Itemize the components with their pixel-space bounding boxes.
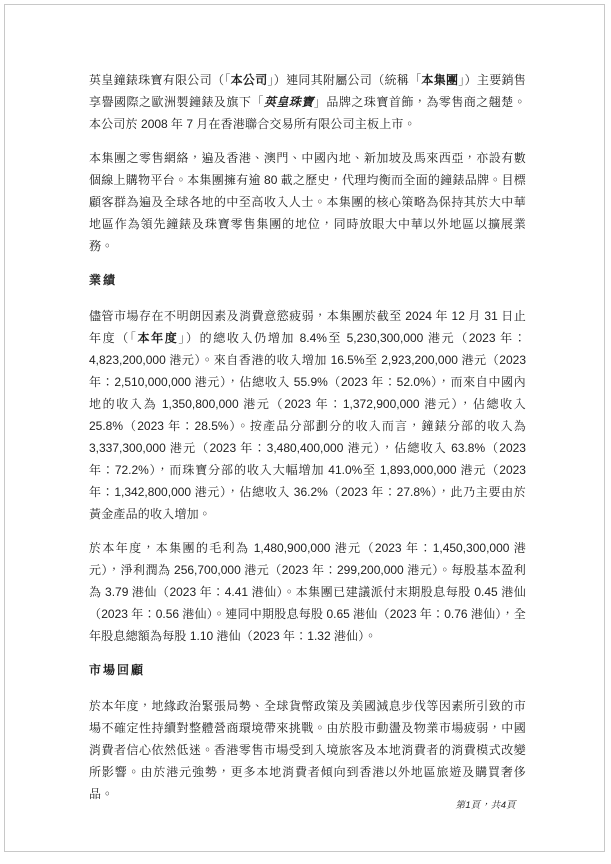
numeric-text: 4.41 [225, 585, 248, 599]
numeric-text: 2023 [169, 585, 196, 599]
numeric-text: 256,700,000 [174, 563, 241, 577]
numeric-text: 0.65 [326, 607, 349, 621]
document-body: 英皇鐘錶珠寶有限公司（「本公司」）連同其附屬公司（統稱「本集團」）主要銷售享譽國… [89, 69, 526, 817]
numeric-text: 3,480,400,000 [267, 441, 344, 455]
numeric-text: 1,450,300,000 [433, 541, 510, 555]
numeric-text: 2023 [375, 541, 402, 555]
numeric-text: 1,893,000,000 [380, 463, 457, 477]
numeric-text: 3,337,300,000 [89, 441, 166, 455]
numeric-text: 2023 [101, 607, 128, 621]
numeric-text: 2023 [390, 607, 417, 621]
numeric-text: 0.56 [156, 607, 179, 621]
numeric-text: 7 [186, 117, 193, 131]
numeric-text: 63.8% [451, 441, 485, 455]
numeric-text: 12 [452, 309, 465, 323]
emphasized-text: 本公司 [231, 73, 268, 87]
numeric-text: 2023 [341, 375, 368, 389]
body-text: 市場回顧 [89, 663, 145, 677]
numeric-text: 0.76 [444, 607, 467, 621]
numeric-text: 36.2% [294, 485, 328, 499]
numeric-text: 2023 [137, 419, 164, 433]
numeric-text: 2023 [499, 463, 526, 477]
numeric-text: 41.0% [328, 463, 362, 477]
paragraph: 於本年度，地緣政治緊張局勢、全球貨幣政策及美國減息步伐等因素所引致的市場不確定性… [89, 695, 526, 805]
numeric-text: 2,923,200,000 [381, 353, 458, 367]
numeric-text: 2024 [405, 309, 432, 323]
body-text: 本集團之零售網絡，遍及香港、澳門、中國內地、新加坡及馬來西亞，亦設有數個線上購物… [89, 151, 526, 253]
numeric-text: 52.0% [397, 375, 431, 389]
numeric-text: 55.9% [294, 375, 328, 389]
numeric-text: 2023 [284, 397, 311, 411]
numeric-text: 1.32 [307, 629, 330, 643]
emphasized-text: 英皇珠寶 [264, 95, 314, 109]
paragraph: 英皇鐘錶珠寶有限公司（「本公司」）連同其附屬公司（統稱「本集團」）主要銷售享譽國… [89, 69, 526, 135]
paragraph: 於本年度，本集團的毛利為 1,480,900,000 港元（2023 年：1,4… [89, 537, 526, 647]
numeric-text: 2023 [341, 485, 368, 499]
body-text: 英皇鐘錶珠寶有限公司（「 [89, 73, 231, 87]
numeric-text: 3.79 [105, 585, 128, 599]
numeric-text: 1,372,900,000 [343, 397, 420, 411]
page-footer: 第1頁，共4頁 [455, 797, 516, 811]
numeric-text: 2023 [282, 563, 309, 577]
numeric-text: 31 [484, 309, 497, 323]
numeric-text: 1,342,800,000 [114, 485, 191, 499]
numeric-text: 2023 [253, 629, 280, 643]
numeric-text: 0.45 [474, 585, 497, 599]
numeric-text: 2023 [469, 331, 496, 345]
numeric-text: 27.8% [397, 485, 431, 499]
numeric-text: 299,200,000 [337, 563, 404, 577]
numeric-text: 1,350,800,000 [162, 397, 239, 411]
numeric-text: 4 [501, 800, 506, 811]
numeric-text: 4,823,200,000 [89, 353, 166, 367]
body-text: 於本年度，本集團的毛利為 1,480,900,000 港元（2023 年：1,4… [89, 541, 526, 643]
body-text: 」）的總收入仍增加 8.4%至 5,230,300,000 港元（2023 年：… [89, 331, 526, 521]
body-text: 」）連同其附屬公司（統稱「 [268, 73, 422, 87]
body-text: 於本年度，地緣政治緊張局勢、全球貨幣政策及美國減息步伐等因素所引致的市場不確定性… [89, 699, 526, 801]
emphasized-text: 本年度 [137, 331, 178, 345]
numeric-text: 25.8% [89, 419, 123, 433]
body-text: 業績 [89, 273, 117, 287]
numeric-text: 28.5% [195, 419, 229, 433]
document-page: 英皇鐘錶珠寶有限公司（「本公司」）連同其附屬公司（統稱「本集團」）主要銷售享譽國… [4, 4, 605, 852]
numeric-text: 16.5% [331, 353, 365, 367]
numeric-text: 2023 [209, 441, 236, 455]
numeric-text: 2023 [499, 441, 526, 455]
section-heading: 市場回顧 [89, 659, 526, 681]
numeric-text: 2008 [141, 117, 168, 131]
numeric-text: 5,230,300,000 [347, 331, 424, 345]
numeric-text: 8.4% [300, 331, 327, 345]
numeric-text: 1 [465, 800, 470, 811]
numeric-text: 72.2% [115, 463, 149, 477]
numeric-text: 1,480,900,000 [254, 541, 331, 555]
numeric-text: 80 [264, 173, 277, 187]
emphasized-text: 本集團 [421, 73, 458, 87]
paragraph: 儘管市場存在不明朗因素及消費意慾疲弱，本集團於截至 2024 年 12 月 31… [89, 305, 526, 525]
page-number: 第1頁，共4頁 [455, 801, 516, 811]
paragraph: 本集團之零售網絡，遍及香港、澳門、中國內地、新加坡及馬來西亞，亦設有數個線上購物… [89, 147, 526, 257]
numeric-text: 2023 [499, 353, 526, 367]
numeric-text: 2,510,000,000 [114, 375, 191, 389]
numeric-text: 1.10 [190, 629, 213, 643]
section-heading: 業績 [89, 269, 526, 291]
